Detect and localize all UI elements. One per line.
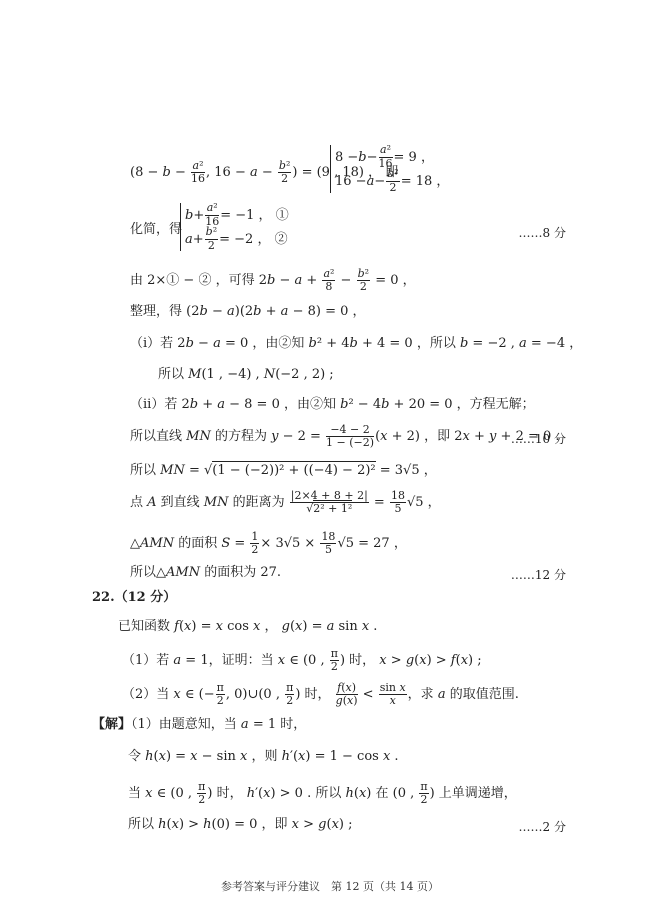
line-area: △AMN 的面积 S = 12× 3√5 × 185√5 = 27 ， (130, 531, 407, 556)
score-marker-12: ……12 分 (511, 566, 566, 583)
system-1: 8 − b − a²16 = 9 ， 16 − a − b²2 = 18 ， (330, 145, 449, 193)
solution-line-4: 所以 h(x) > h(0) = 0 ，即 x > g(x) ; (128, 818, 353, 831)
solution-line-2: 令 h(x) = x − sin x ，则 h′(x) = 1 − cos x … (128, 750, 399, 763)
line-simplify-label: 化简，得 (130, 223, 182, 236)
line-area-conclusion: 所以△AMN 的面积为 27. (130, 566, 281, 579)
question-22-given: 已知函数 f(x) = x cos x ， g(x) = a sin x . (118, 620, 377, 633)
score-marker-10: ……10 分 (511, 430, 566, 447)
solution-line-3: 当 x ∈ (0 , π2) 时， h′(x) > 0 . 所以 h(x) 在 … (128, 781, 517, 806)
line-case-i: （i）若 2b − a = 0 ，由②知 b² + 4b + 4 = 0 ，所以… (130, 337, 582, 350)
line-combine: 由 2×① − ② ，可得 2b − a + a²8 − b²2 = 0 ， (130, 268, 416, 293)
line-factor: 整理，得 (2b − a)(2b + a − 8) = 0 ， (130, 305, 366, 318)
question-22-part2: （2）当 x ∈ (−π2, 0)∪(0 , π2) 时， f(x)g(x) <… (122, 682, 519, 707)
score-marker-8: ……8 分 (519, 224, 566, 241)
question-22-title: 22.（12 分） (92, 591, 176, 604)
score-marker-2: ……2 分 (519, 818, 566, 835)
line-mn-length: 所以 MN = √(1 − (−2))² + ((−4) − 2)² = 3√5… (130, 464, 437, 477)
line-points: 所以 M(1 , −4) , N(−2 , 2) ; (158, 368, 334, 381)
solution-line-1: 【解】（1）由题意知，当 a = 1 时， (92, 718, 306, 731)
solution-label: 【解】 (92, 717, 131, 732)
line-mn-equation: 所以直线 MN 的方程为 y − 2 = −4 − 21 − (−2)(x + … (130, 424, 560, 449)
line-distance: 点 A 到直线 MN 的距离为 |2×4 + 8 + 2|√2² + 1² = … (130, 490, 441, 515)
page-footer: 参考答案与评分建议 第 12 页（共 14 页） (0, 878, 660, 894)
line-case-ii: （ii）若 2b + a − 8 = 0 ，由②知 b² − 4b + 20 =… (130, 398, 535, 411)
system-2: b + a²16 = −1 ， ① a + b²2 = −2 ， ② (180, 203, 289, 251)
question-22-part1: （1）若 a = 1，证明：当 x ∈ (0 , π2) 时， x > g(x)… (122, 648, 482, 673)
